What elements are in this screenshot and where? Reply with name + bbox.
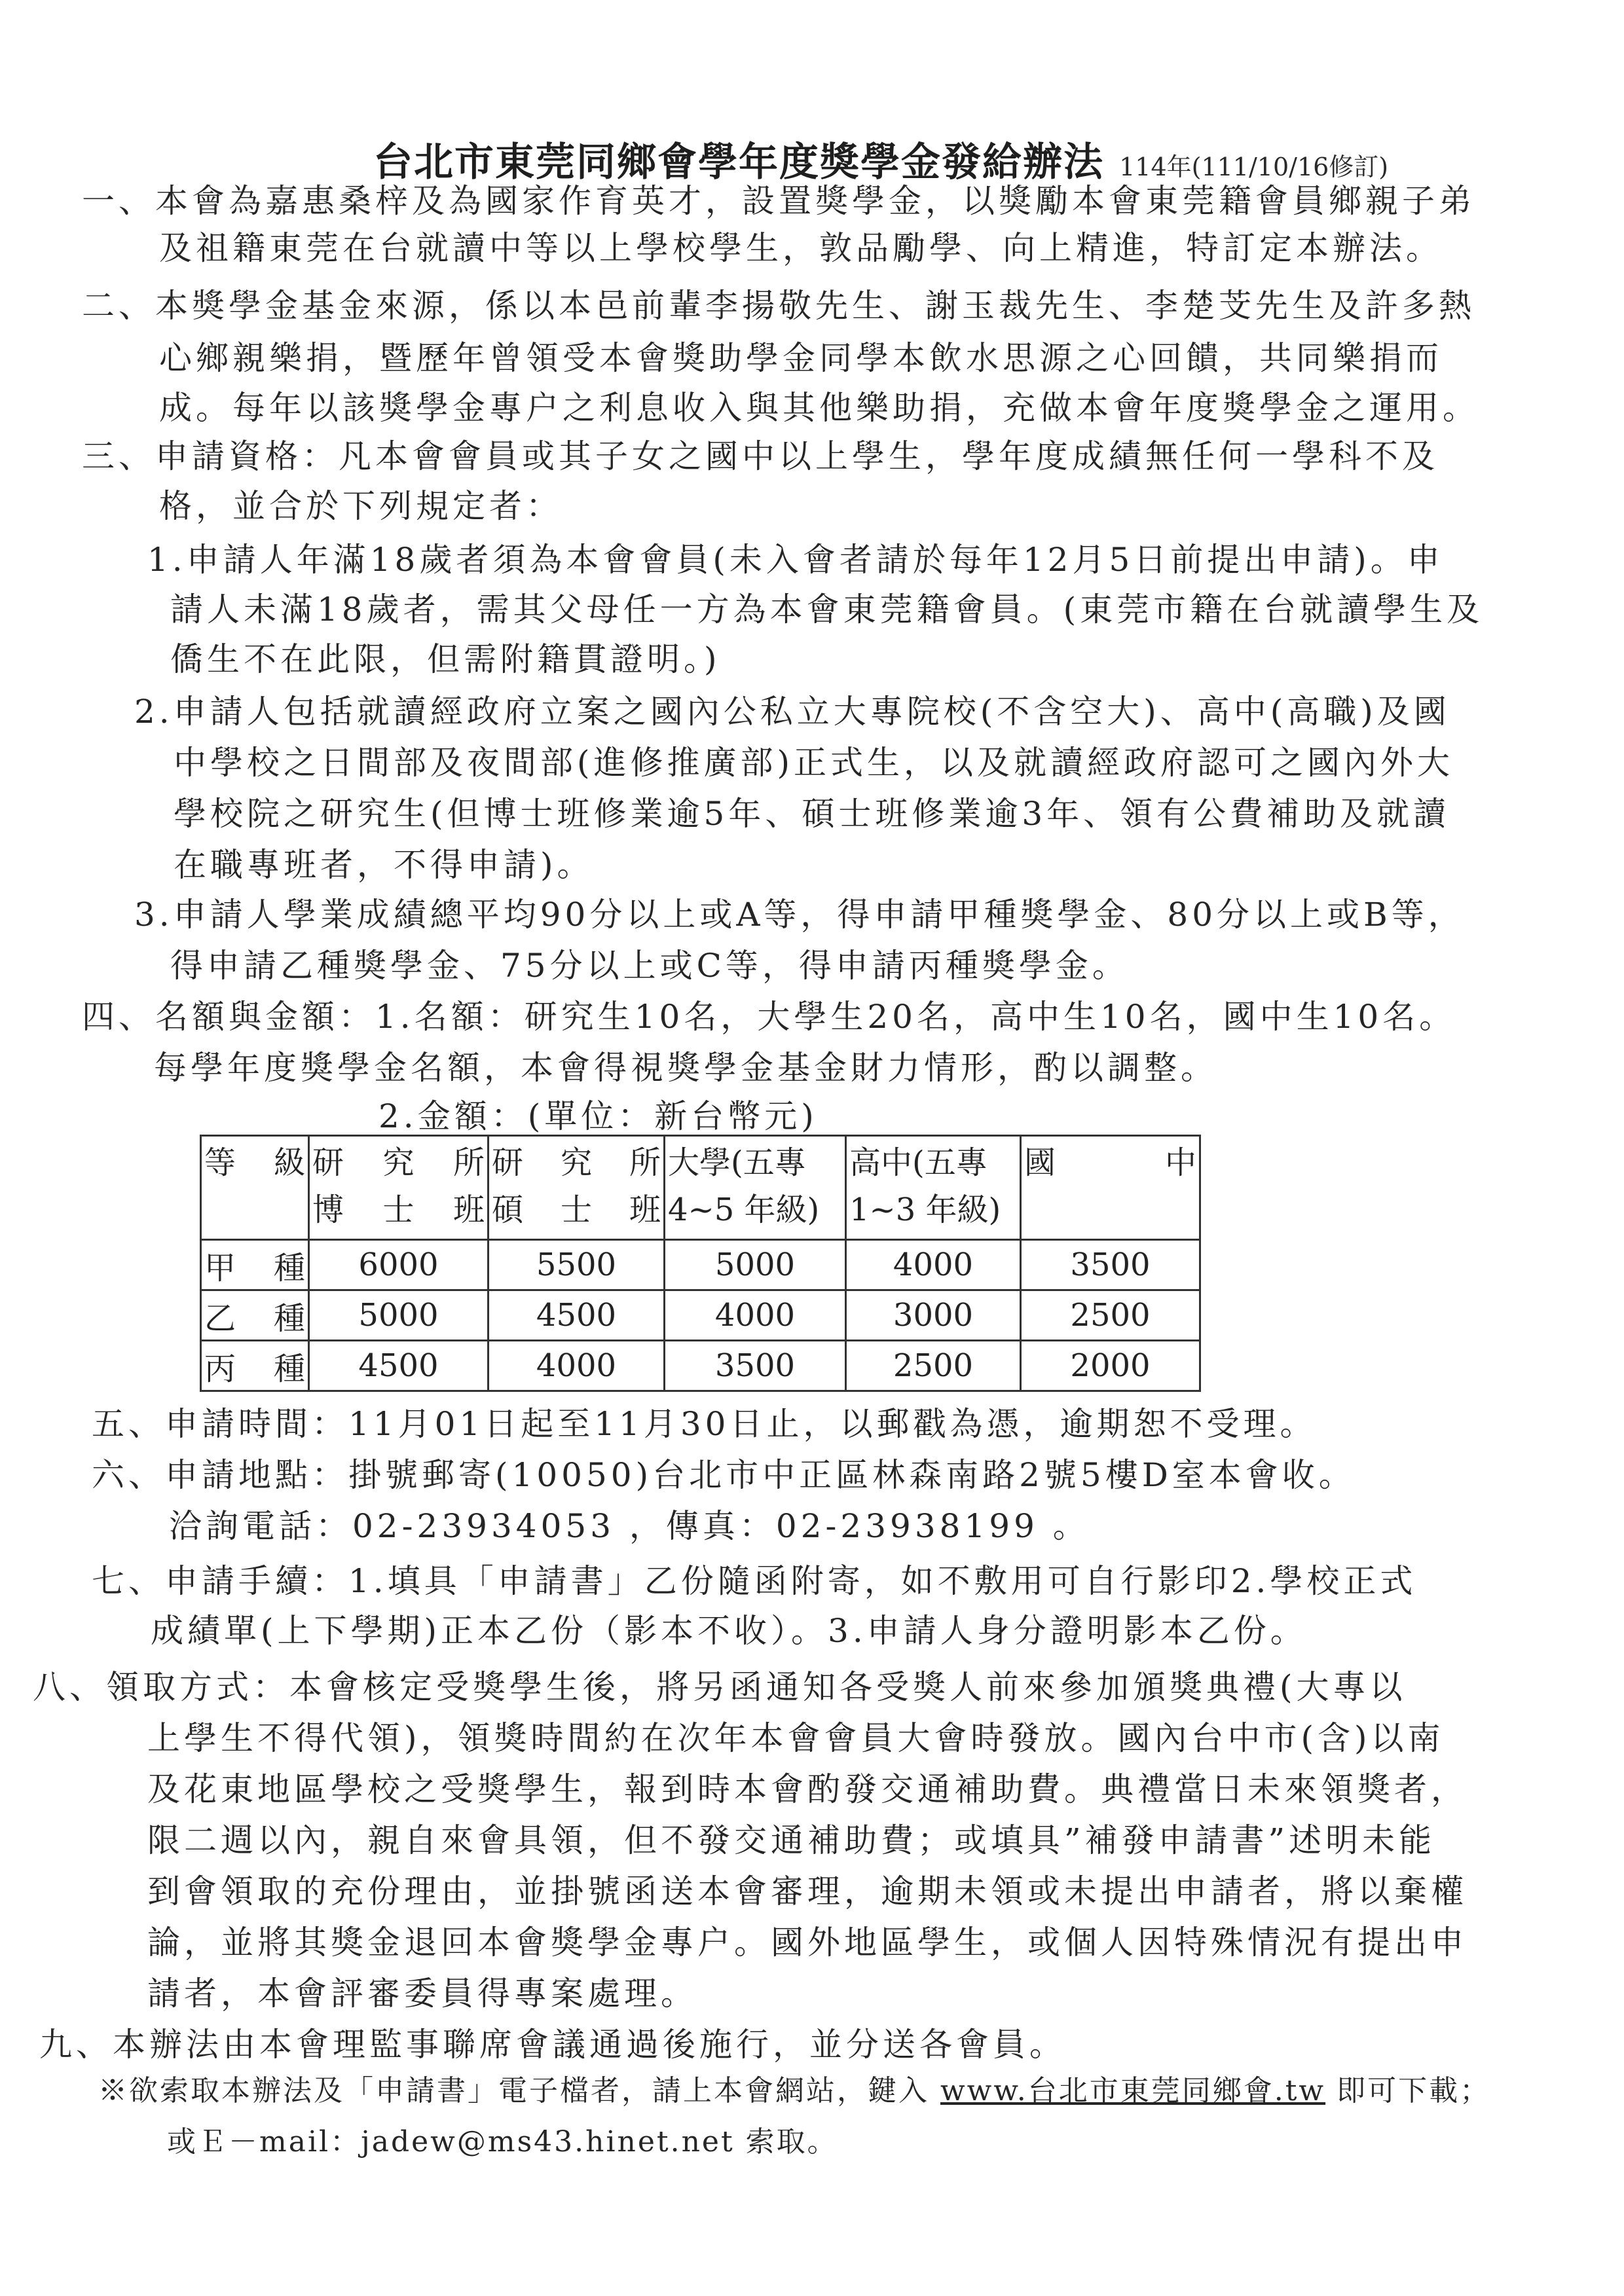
grade-cell: 丙 種 [201, 1341, 309, 1391]
header-junior-high: 國 中 [1021, 1136, 1200, 1240]
header-university: 大學(五專4~5 年級) [665, 1136, 846, 1240]
document-header: 台北市東莞同鄉會學年度獎學金發給辦法 114年(111/10/16修訂) [373, 131, 1388, 187]
document-title: 台北市東莞同鄉會學年度獎學金發給辦法 [373, 139, 1104, 185]
grade-cell: 乙 種 [201, 1290, 309, 1341]
website-link[interactable]: www.台北市東莞同鄉會.tw [940, 2074, 1325, 2107]
header-phd: 研 究 所博 士 班 [309, 1136, 489, 1240]
section-8-line-7: 請者，本會評審委員得專案處理。 [147, 1977, 697, 2010]
amount-cell: 4500 [489, 1290, 665, 1341]
amount-cell: 2500 [1021, 1290, 1200, 1341]
section-1-line-2: 及祖籍東莞在台就讀中等以上學校學生，敦品勵學、向上精進，特訂定本辦法。 [159, 232, 1443, 264]
section-2-line-2: 心鄉親樂捐，暨歷年曾領受本會獎助學金同學本飲水思源之心回饋，共同樂捐而 [159, 342, 1443, 374]
section-1-line-1: 一、本會為嘉惠桑梓及為國家作育英才，設置獎學金，以獎勵本會東莞籍會員鄉親子弟 [82, 185, 1475, 217]
section-3-item-2-line-3: 學校院之研究生(但博士班修業逾5年、碩士班修業逾3年、領有公費補助及就讀 [174, 797, 1450, 830]
section-3-item-2-line-2: 中學校之日間部及夜間部(進修推廣部)正式生，以及就讀經政府認可之國內外大 [174, 746, 1454, 779]
footer-note-prefix: ※欲索取本辦法及「申請書」電子檔者，請上本會網站，鍵入 [98, 2074, 929, 2107]
section-8-line-4: 限二週以內，親自來會具領，但不發交通補助費；或填具”補發申請書”述明未能 [147, 1824, 1435, 1857]
amount-cell: 4000 [665, 1290, 846, 1341]
header-masters: 研 究 所碩 士 班 [489, 1136, 665, 1240]
table-row: 甲 種 6000 5500 5000 4000 3500 [201, 1240, 1200, 1290]
section-3-item-2-line-1: 2.申請人包括就讀經政府立案之國內公私立大專院校(不含空大)、高中(高職)及國 [134, 695, 1450, 728]
section-8-line-6: 論，並將其獎金退回本會獎學金專户。國外地區學生，或個人因特殊情況有提出申 [147, 1926, 1467, 1959]
header-high-school: 高中(五專1~3 年級) [846, 1136, 1021, 1240]
section-3-item-1-line-2: 請人未滿18歲者，需其父母任一方為本會東莞籍會員。(東莞市籍在台就讀學生及 [170, 593, 1483, 626]
amount-cell: 3500 [665, 1341, 846, 1391]
amount-cell: 4000 [489, 1341, 665, 1391]
section-4-line-1: 四、名額與金額：1.名額：研究生10名，大學生20名，高中生10名，國中生10名… [82, 1000, 1456, 1033]
section-3-item-1-line-1: 1.申請人年滿18歲者須為本會會員(未入會者請於每年12月5日前提出申請)。申 [147, 543, 1444, 576]
footer-email-line: 或Ｅ－mail：jadew@ms43.hinet.net 索取。 [167, 2128, 838, 2157]
section-6-line-2: 洽詢電話：02-23934053 ，傳真：02-23938199 。 [169, 1510, 1090, 1542]
footer-note-suffix: 即可下載； [1337, 2074, 1490, 2107]
section-7-line-1: 七、申請手續：1.填具「申請書」乙份隨函附寄，如不敷用可自行影印2.學校正式 [92, 1565, 1416, 1597]
section-6-line-1: 六、申請地點：掛號郵寄(10050)台北市中正區林森南路2號5樓D室本會收。 [92, 1459, 1356, 1491]
section-2-line-3: 成。每年以該獎學金專户之利息收入與其他樂助捐，充做本會年度獎學金之運用。 [159, 392, 1479, 424]
table-row: 丙 種 4500 4000 3500 2500 2000 [201, 1341, 1200, 1391]
table-row: 乙 種 5000 4500 4000 3000 2500 [201, 1290, 1200, 1341]
amount-cell: 5000 [309, 1290, 489, 1341]
section-3-item-3-line-1: 3.申請人學業成績總平均90分以上或A等，得申請甲種獎學金、80分以上或B等， [134, 898, 1465, 931]
header-grade: 等 級 [201, 1136, 309, 1240]
section-3-line-1: 三、申請資格：凡本會會員或其子女之國中以上學生，學年度成績無任何一學科不及 [82, 440, 1439, 473]
amount-cell: 5500 [489, 1240, 665, 1290]
amount-cell: 3500 [1021, 1240, 1200, 1290]
section-9-line-1: 九、本辦法由本會理監事聯席會議通過後施行，並分送各會員。 [39, 2028, 1066, 2061]
amount-cell: 2000 [1021, 1341, 1200, 1391]
section-3-line-2: 格，並合於下列規定者： [159, 490, 563, 522]
section-3-item-1-line-3: 僑生不在此限，但需附籍貫證明。) [170, 643, 721, 676]
section-3-item-2-line-4: 在職專班者，不得申請)。 [174, 848, 594, 881]
amount-cell: 2500 [846, 1341, 1021, 1391]
amount-cell: 4000 [846, 1240, 1021, 1290]
scholarship-amount-table: 等 級 研 究 所博 士 班 研 究 所碩 士 班 大學(五專4~5 年級) 高… [200, 1135, 1201, 1392]
footer-note: ※欲索取本辦法及「申請書」電子檔者，請上本會網站，鍵入 www.台北市東莞同鄉會… [98, 2077, 1490, 2105]
section-8-line-1: 八、領取方式：本會核定受獎學生後，將另函通知各受獎人前來參加頒獎典禮(大專以 [33, 1671, 1407, 1704]
section-4-line-2: 每學年度獎學金名額，本會得視獎學金基金財力情形，酌以調整。 [154, 1051, 1217, 1084]
table-header-row: 等 級 研 究 所博 士 班 研 究 所碩 士 班 大學(五專4~5 年級) 高… [201, 1136, 1200, 1240]
grade-cell: 甲 種 [201, 1240, 309, 1290]
section-5-line-1: 五、申請時間：11月01日起至11月30日止，以郵戳為憑，逾期恕不受理。 [92, 1408, 1317, 1440]
section-8-line-5: 到會領取的充份理由，並掛號函送本會審理，逾期未領或未提出申請者，將以棄權 [147, 1875, 1467, 1908]
amount-cell: 6000 [309, 1240, 489, 1290]
revision-note: 114年(111/10/16修訂) [1119, 153, 1388, 181]
amount-cell: 4500 [309, 1341, 489, 1391]
section-3-item-3-line-2: 得申請乙種獎學金、75分以上或C等，得申請丙種獎學金。 [170, 949, 1129, 982]
section-8-line-2: 上學生不得代領)，領獎時間約在次年本會會員大會時發放。國內台中市(含)以南 [147, 1722, 1445, 1755]
amount-cell: 5000 [665, 1240, 846, 1290]
section-2-line-1: 二、本獎學金基金來源，係以本邑前輩李揚敬先生、謝玉裁先生、李楚芠先生及許多熱 [82, 289, 1475, 322]
amount-cell: 3000 [846, 1290, 1021, 1341]
section-7-line-2: 成績單(上下學期)正本乙份（影本不收）。3.申請人身分證明影本乙份。 [151, 1614, 1307, 1647]
amount-label: 2.金額：(單位：新台幣元) [378, 1100, 818, 1133]
section-8-line-3: 及花東地區學校之受獎學生，報到時本會酌發交通補助費。典禮當日未來領獎者， [147, 1773, 1467, 1806]
